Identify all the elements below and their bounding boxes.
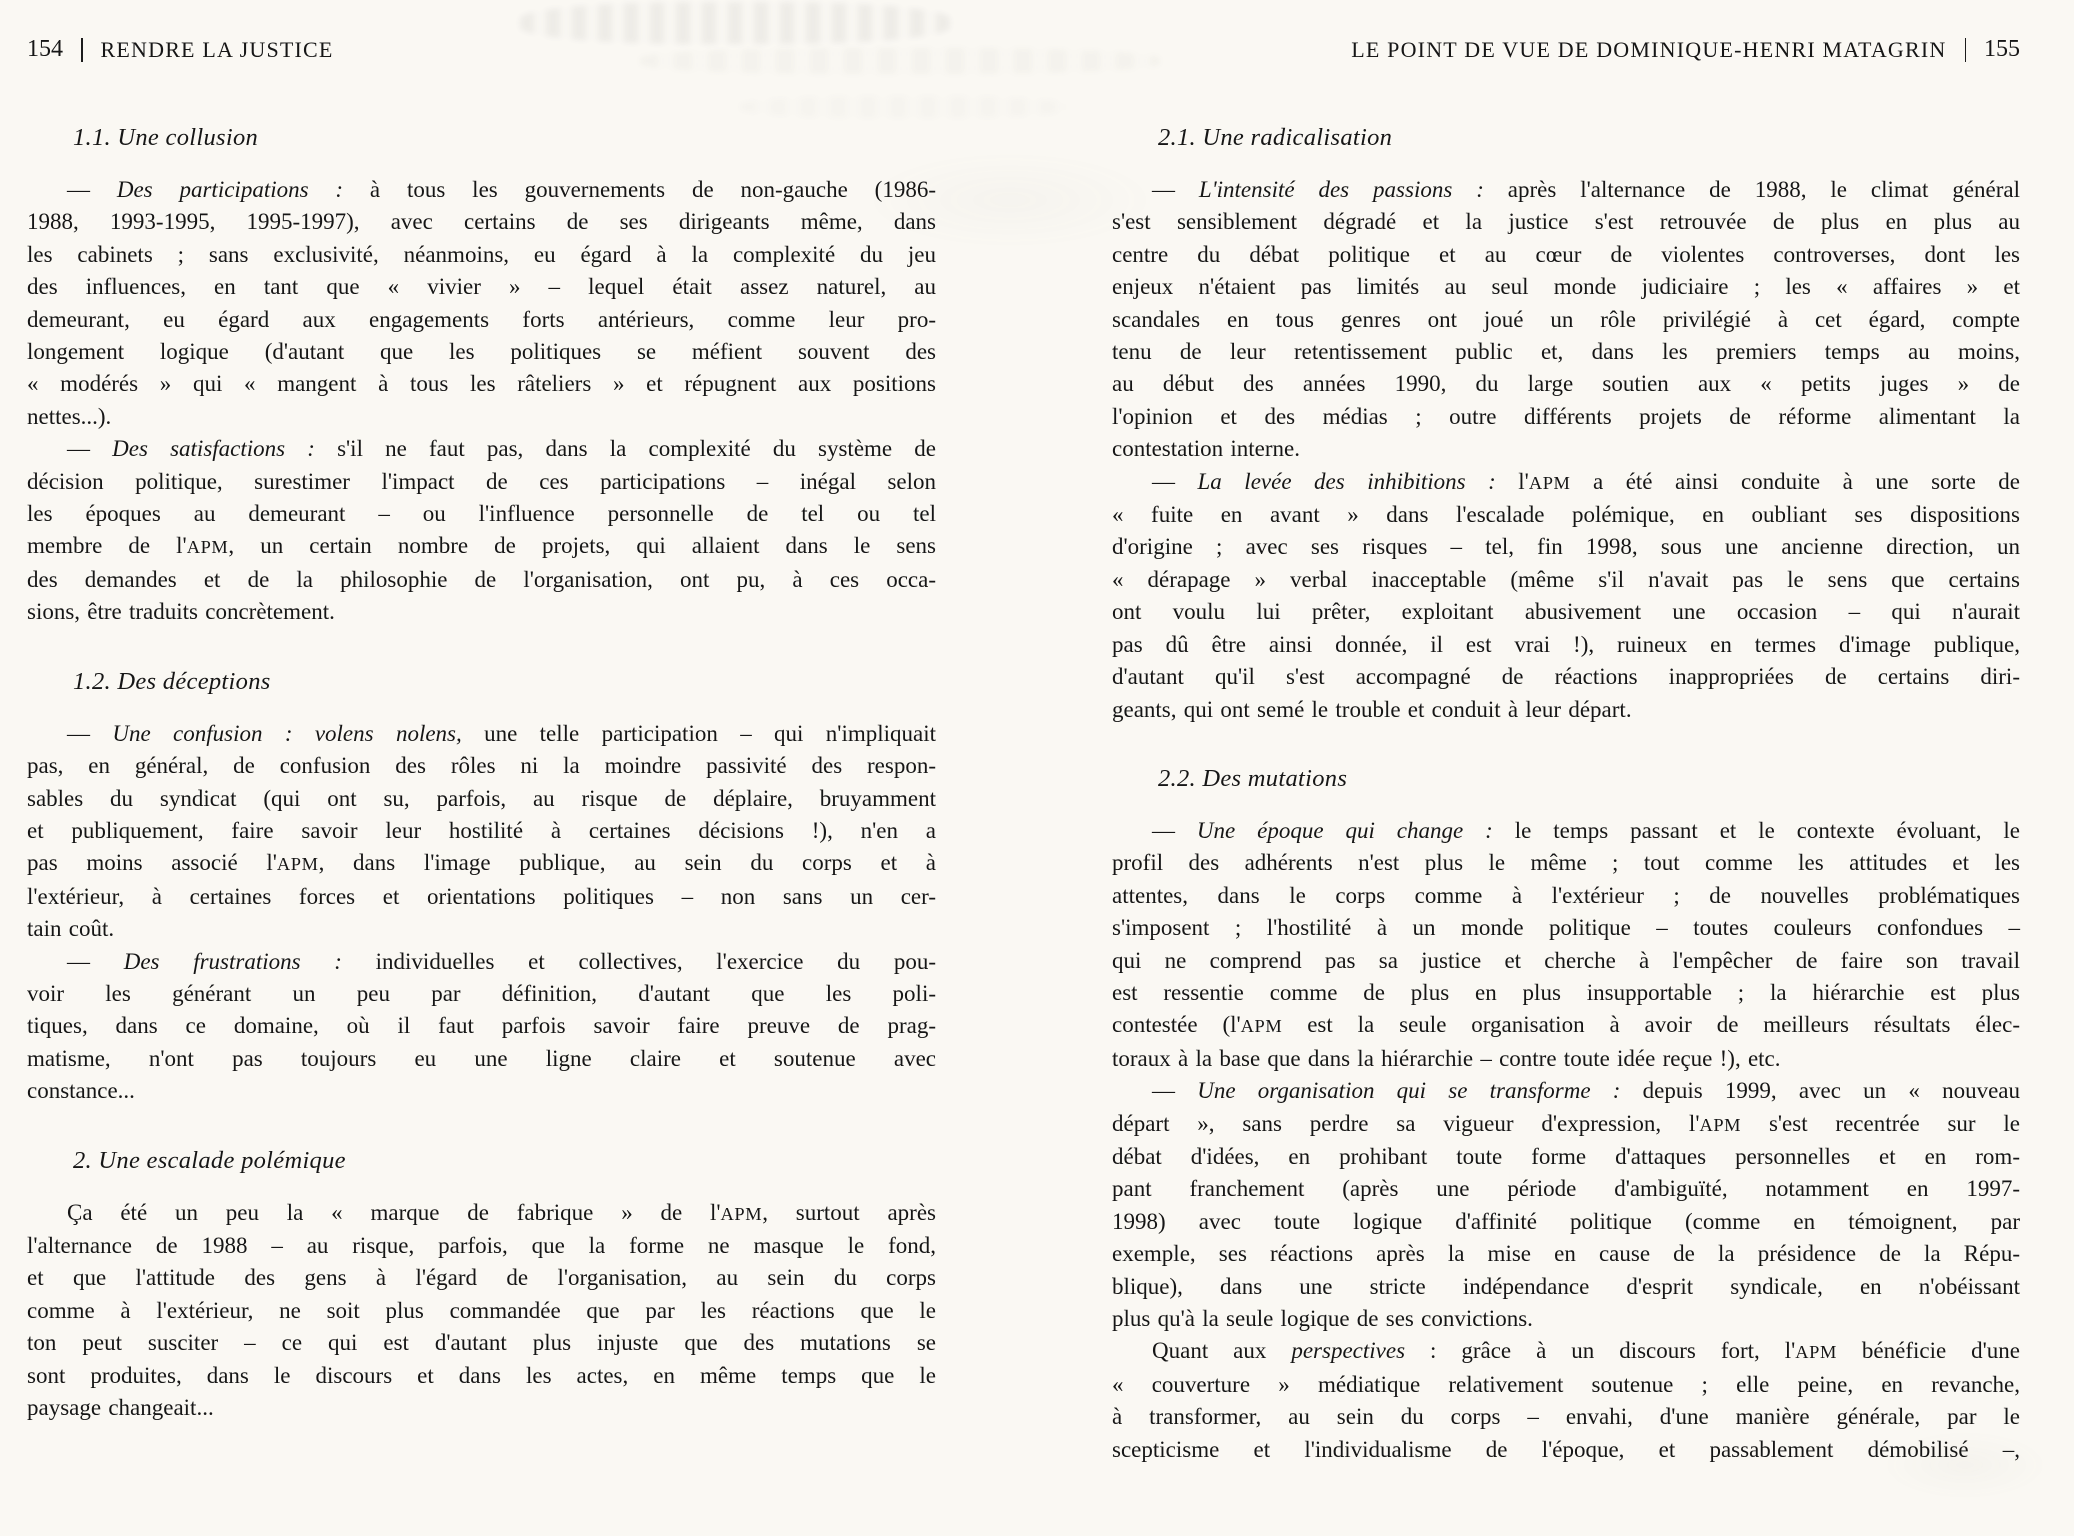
section-heading: 1.1. Une collusion (27, 121, 936, 154)
text-line: comme à l'extérieur, ne soit plus comman… (27, 1295, 936, 1327)
text-line: constance... (27, 1075, 936, 1107)
text-line: scandales en tous genres ont joué un rôl… (1112, 304, 2020, 336)
text-line: profil des adhérents n'est plus le même … (1112, 847, 2020, 879)
section-heading: 2.1. Une radicalisation (1112, 121, 2020, 154)
text-line: Ça été un peu la « marque de fabrique » … (27, 1197, 936, 1230)
text-line: sables du syndicat (qui ont su, parfois,… (27, 783, 936, 815)
text-line: pas dû être ainsi donnée, il est vrai !)… (1112, 629, 2020, 661)
text-line: — Une organisation qui se transforme : d… (1112, 1075, 2020, 1107)
page-header: 154 RENDRE LA JUSTICE (27, 36, 936, 63)
text-line: scepticisme et l'individualisme de l'épo… (1112, 1434, 2020, 1466)
text-line: et publiquement, faire savoir leur hosti… (27, 815, 936, 847)
text-line: tenu de leur retentissement public et, d… (1112, 336, 2020, 368)
text-line: des influences, en tant que « vivier » –… (27, 271, 936, 303)
section-heading: 2. Une escalade polémique (27, 1144, 936, 1177)
text-line: « couverture » médiatique relativement s… (1112, 1369, 2020, 1401)
text-line: — Des satisfactions : s'il ne faut pas, … (27, 433, 936, 465)
paragraph: — L'intensité des passions : après l'alt… (1112, 174, 2020, 466)
text-line: décision politique, surestimer l'impact … (27, 466, 936, 498)
text-line: matisme, n'ont pas toujours eu une ligne… (27, 1043, 936, 1075)
text-line: s'imposent ; l'hostilité à un monde poli… (1112, 912, 2020, 944)
text-line: « fuite en avant » dans l'escalade polém… (1112, 499, 2020, 531)
text-line: 1988, 1993-1995, 1995-1997), avec certai… (27, 206, 936, 238)
paragraph: — Des participations : à tous les gouver… (27, 174, 936, 433)
text-line: d'origine ; avec ses risques – tel, fin … (1112, 531, 2020, 563)
page-number: 155 (1984, 36, 2020, 63)
text-line: à transformer, au sein du corps – envahi… (1112, 1401, 2020, 1433)
text-line: l'opinion et des médias ; outre différen… (1112, 401, 2020, 433)
paragraph: — Une confusion : volens nolens, une tel… (27, 718, 936, 946)
text-line: départ », sans perdre sa vigueur d'expre… (1112, 1108, 2020, 1141)
running-title: RENDRE LA JUSTICE (101, 37, 334, 63)
text-line: l'alternance de 1988 – au risque, parfoi… (27, 1230, 936, 1262)
page-body: 1.1. Une collusion— Des participations :… (27, 121, 936, 1424)
paragraph: — Une époque qui change : le temps passa… (1112, 815, 2020, 1075)
text-line: ton peut susciter – ce qui est d'autant … (27, 1327, 936, 1359)
paragraph: — Des frustrations : individuelles et co… (27, 946, 936, 1108)
page-body: 2.1. Une radicalisation— L'intensité des… (1112, 121, 2020, 1466)
text-line: au début des années 1990, du large souti… (1112, 368, 2020, 400)
text-line: — Des participations : à tous les gouver… (27, 174, 936, 206)
text-line: d'autant qu'il s'est accompagné de réact… (1112, 661, 2020, 693)
paragraph: — Des satisfactions : s'il ne faut pas, … (27, 433, 936, 628)
text-line: les cabinets ; sans exclusivité, néanmoi… (27, 239, 936, 271)
text-line: ont voulu lui prêter, exploitant abusive… (1112, 596, 2020, 628)
text-line: toraux à la base que dans la hiérarchie … (1112, 1043, 2020, 1075)
text-line: voir les générant un peu par définition,… (27, 978, 936, 1010)
text-line: est ressentie comme de plus en plus insu… (1112, 977, 2020, 1009)
text-line: exemple, ses réactions après la mise en … (1112, 1238, 2020, 1270)
text-line: et que l'attitude des gens à l'égard de … (27, 1262, 936, 1294)
running-title: LE POINT DE VUE DE DOMINIQUE-HENRI MATAG… (1351, 37, 1946, 63)
section-heading: 2.2. Des mutations (1112, 762, 2020, 795)
text-line: qui ne comprend pas sa justice et cherch… (1112, 945, 2020, 977)
text-line: tiques, dans ce domaine, où il faut parf… (27, 1010, 936, 1042)
paragraph: Ça été un peu la « marque de fabrique » … (27, 1197, 936, 1425)
text-line: demeurant, eu égard aux engagements fort… (27, 304, 936, 336)
header-separator (1965, 38, 1967, 62)
text-line: sont produites, dans le discours et dans… (27, 1360, 936, 1392)
text-line: l'extérieur, à certaines forces et orien… (27, 881, 936, 913)
text-line: — Une époque qui change : le temps passa… (1112, 815, 2020, 847)
text-line: plus qu'à la seule logique de ses convic… (1112, 1303, 2020, 1335)
text-line: pant franchement (après une période d'am… (1112, 1173, 2020, 1205)
page-number: 154 (27, 36, 63, 63)
text-line: enjeux n'étaient pas limités au seul mon… (1112, 271, 2020, 303)
text-line: contestée (l'APM est la seule organisati… (1112, 1009, 2020, 1042)
text-line: — La levée des inhibitions : l'APM a été… (1112, 466, 2020, 499)
text-line: centre du débat politique et au cœur de … (1112, 239, 2020, 271)
text-line: longement logique (d'autant que les poli… (27, 336, 936, 368)
text-line: nettes...). (27, 401, 936, 433)
book-scan: { "document_type": "book spread scan", "… (0, 0, 2074, 1536)
text-line: s'est sensiblement dégradé et la justice… (1112, 206, 2020, 238)
text-line: pas, en général, de confusion des rôles … (27, 750, 936, 782)
paragraph: — La levée des inhibitions : l'APM a été… (1112, 466, 2020, 726)
text-line: des demandes et de la philosophie de l'o… (27, 564, 936, 596)
text-line: paysage changeait... (27, 1392, 936, 1424)
text-line: — L'intensité des passions : après l'alt… (1112, 174, 2020, 206)
paragraph: — Une organisation qui se transforme : d… (1112, 1075, 2020, 1335)
text-line: tain coût. (27, 913, 936, 945)
paragraph: Quant aux perspectives : grâce à un disc… (1112, 1335, 2020, 1466)
text-line: « modérés » qui « mangent à tous les rât… (27, 368, 936, 400)
page-header: LE POINT DE VUE DE DOMINIQUE-HENRI MATAG… (1112, 36, 2020, 63)
document-page-right: LE POINT DE VUE DE DOMINIQUE-HENRI MATAG… (1112, 36, 2020, 1466)
text-line: geants, qui ont semé le trouble et condu… (1112, 694, 2020, 726)
text-line: débat d'idées, en prohibant toute forme … (1112, 1141, 2020, 1173)
text-line: contestation interne. (1112, 433, 2020, 465)
text-line: — Une confusion : volens nolens, une tel… (27, 718, 936, 750)
text-line: les époques au demeurant – ou l'influenc… (27, 498, 936, 530)
document-page-left: 154 RENDRE LA JUSTICE 1.1. Une collusion… (27, 36, 936, 1424)
text-line: membre de l'APM, un certain nombre de pr… (27, 530, 936, 563)
text-line: sions, être traduits concrètement. (27, 596, 936, 628)
text-line: 1998) avec toute logique d'affinité poli… (1112, 1206, 2020, 1238)
text-line: — Des frustrations : individuelles et co… (27, 946, 936, 978)
header-separator (81, 38, 83, 62)
text-line: attentes, dans le corps comme à l'extéri… (1112, 880, 2020, 912)
section-heading: 1.2. Des déceptions (27, 665, 936, 698)
text-line: pas moins associé l'APM, dans l'image pu… (27, 847, 936, 880)
text-line: blique), dans une stricte indépendance d… (1112, 1271, 2020, 1303)
text-line: « dérapage » verbal inacceptable (même s… (1112, 564, 2020, 596)
text-line: Quant aux perspectives : grâce à un disc… (1112, 1335, 2020, 1368)
